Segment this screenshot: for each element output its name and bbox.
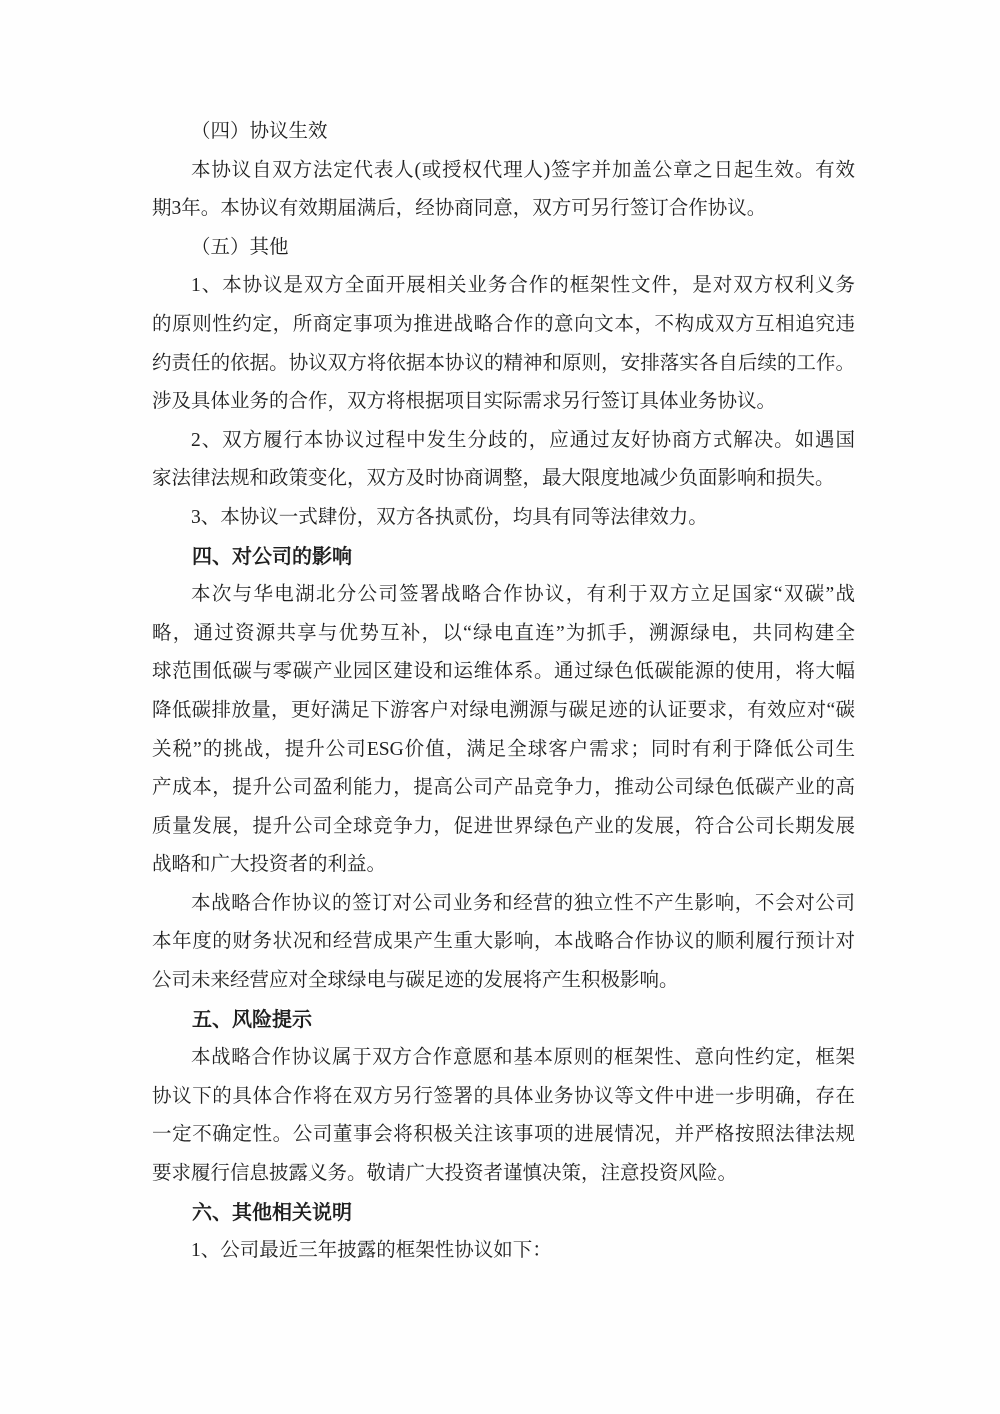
paragraph-line: 本年度的财务状况和经营成果产生重大影响，本战略合作协议的顺利履行预计对 — [152, 923, 855, 962]
paragraph-line: 1、本协议是双方全面开展相关业务合作的框架性文件，是对双方权利义务 — [152, 267, 855, 306]
section-heading: 五、风险提示 — [152, 1001, 855, 1040]
paragraph-line: 家法律法规和政策变化，双方及时协商调整，最大限度地减少负面影响和损失。 — [152, 460, 855, 499]
paragraph-line: 2、双方履行本协议过程中发生分歧的，应通过友好协商方式解决。如遇国 — [152, 422, 855, 461]
document-content: （四）协议生效本协议自双方法定代表人(或授权代理人)签字并加盖公章之日起生效。有… — [152, 113, 855, 1271]
paragraph-line: 产成本，提升公司盈利能力，提高公司产品竞争力，推动公司绿色低碳产业的高 — [152, 769, 855, 808]
section-subheading: （四）协议生效 — [152, 113, 855, 152]
paragraph-line: 协议下的具体合作将在双方另行签署的具体业务协议等文件中进一步明确，存在 — [152, 1078, 855, 1117]
paragraph-line: 1、公司最近三年披露的框架性协议如下： — [152, 1232, 855, 1271]
document-page: （四）协议生效本协议自双方法定代表人(或授权代理人)签字并加盖公章之日起生效。有… — [0, 0, 1000, 1414]
paragraph-line: 本协议自双方法定代表人(或授权代理人)签字并加盖公章之日起生效。有效 — [152, 152, 855, 191]
paragraph-line: 3、本协议一式肆份，双方各执贰份，均具有同等法律效力。 — [152, 499, 855, 538]
paragraph-line: 公司未来经营应对全球绿电与碳足迹的发展将产生积极影响。 — [152, 962, 855, 1001]
paragraph-line: 降低碳排放量，更好满足下游客户对绿电溯源与碳足迹的认证要求，有效应对“碳 — [152, 692, 855, 731]
paragraph-line: 本次与华电湖北分公司签署战略合作协议，有利于双方立足国家“双碳”战 — [152, 576, 855, 615]
paragraph-line: 一定不确定性。公司董事会将积极关注该事项的进展情况，并严格按照法律法规 — [152, 1116, 855, 1155]
paragraph-line: 关税”的挑战，提升公司ESG价值，满足全球客户需求；同时有利于降低公司生 — [152, 731, 855, 770]
paragraph-line: 质量发展，提升公司全球竞争力，促进世界绿色产业的发展，符合公司长期发展 — [152, 808, 855, 847]
paragraph-line: 涉及具体业务的合作，双方将根据项目实际需求另行签订具体业务协议。 — [152, 383, 855, 422]
paragraph-line: 球范围低碳与零碳产业园区建设和运维体系。通过绿色低碳能源的使用，将大幅 — [152, 653, 855, 692]
paragraph-line: 的原则性约定，所商定事项为推进战略合作的意向文本，不构成双方互相追究违 — [152, 306, 855, 345]
paragraph-line: 本战略合作协议的签订对公司业务和经营的独立性不产生影响，不会对公司 — [152, 885, 855, 924]
paragraph-line: 要求履行信息披露义务。敬请广大投资者谨慎决策，注意投资风险。 — [152, 1155, 855, 1194]
document-viewer: { "page": { "background": "#fefefe", "te… — [0, 0, 1000, 1414]
paragraph-line: 本战略合作协议属于双方合作意愿和基本原则的框架性、意向性约定，框架 — [152, 1039, 855, 1078]
paragraph-line: 约责任的依据。协议双方将依据本协议的精神和原则，安排落实各自后续的工作。 — [152, 345, 855, 384]
section-heading: 六、其他相关说明 — [152, 1194, 855, 1233]
paragraph-line: 战略和广大投资者的利益。 — [152, 846, 855, 885]
section-heading: 四、对公司的影响 — [152, 538, 855, 577]
section-subheading: （五）其他 — [152, 229, 855, 268]
paragraph-line: 期3年。本协议有效期届满后，经协商同意，双方可另行签订合作协议。 — [152, 190, 855, 229]
paragraph-line: 略，通过资源共享与优势互补，以“绿电直连”为抓手，溯源绿电，共同构建全 — [152, 615, 855, 654]
